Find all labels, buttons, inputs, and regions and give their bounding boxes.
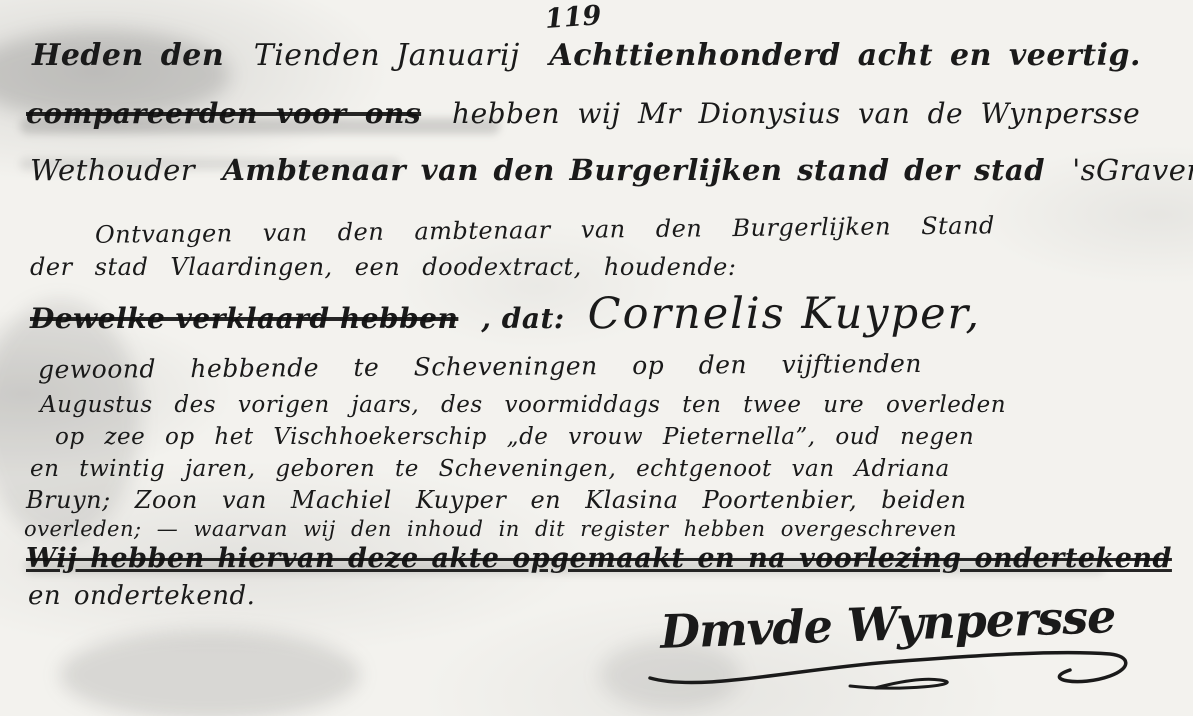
line-body-age-birth: en twintig jaren, geboren te Scheveninge…	[30, 456, 964, 482]
preprinted-dat: , dat:	[481, 302, 565, 335]
handwritten-text: op zee op het Vischhoekerschip „de vrouw…	[55, 424, 974, 450]
handwritten-text: der stad Vlaardingen, een doodextract, h…	[30, 253, 736, 281]
struck-closing-text: Wij hebben hiervan deze akte opgemaakt e…	[26, 543, 1172, 574]
line-body-death-date: Augustus des vorigen jaars, des voormidd…	[40, 392, 1020, 418]
line-received-extract-2: der stad Vlaardingen, een doodextract, h…	[30, 253, 750, 281]
line-received-extract-1: Ontvangen van den ambtenaar van den Burg…	[95, 211, 1009, 249]
preprinted-text: Heden den	[32, 38, 224, 73]
line-body-parents: Bruyn; Zoon van Machiel Kuyper en Klasin…	[26, 486, 981, 514]
struck-preprinted-text: Dewelke verklaard hebben	[30, 302, 458, 335]
line-struck-comparution: compareerden voor ons hebben wij Mr Dion…	[26, 97, 1154, 130]
handwritten-text: Bruyn; Zoon van Machiel Kuyper en Klasin…	[26, 486, 967, 514]
paper-smudge	[60, 630, 360, 716]
line-closing-signed: en ondertekend.	[28, 581, 269, 611]
line-body-death-place: op zee op het Vischhoekerschip „de vrouw…	[55, 424, 988, 450]
signature-flourish	[640, 640, 1140, 700]
preprinted-title: Ambtenaar van den Burgerlijken stand der…	[222, 153, 1045, 187]
line-registrar-title: Wethouder Ambtenaar van den Burgerlijken…	[30, 153, 1193, 187]
line-opening-date: Heden den Tienden Januarij Achttienhonde…	[32, 38, 1155, 73]
handwritten-city: 'sGravenhage:	[1072, 153, 1193, 187]
act-number: 119	[544, 0, 602, 35]
line-closing-struck: Wij hebben hiervan deze akte opgemaakt e…	[26, 543, 1186, 574]
line-body-transcribed: overleden; — waarvan wij den inhoud in d…	[24, 517, 971, 541]
preprinted-year: Achttienhonderd acht en veertig.	[549, 38, 1141, 73]
line-body-residence: gewoond hebbende te Scheveningen op den …	[38, 349, 936, 384]
deceased-name: Cornelis Kuyper,	[588, 289, 981, 339]
handwritten-date: Tienden Januarij	[254, 38, 520, 73]
handwritten-text: en ondertekend.	[28, 581, 255, 611]
handwritten-text: Ontvangen van den ambtenaar van den Burg…	[95, 211, 995, 248]
struck-preprinted-text: compareerden voor ons	[26, 97, 421, 130]
line-declaration-name: Dewelke verklaard hebben , dat: Cornelis…	[30, 289, 995, 339]
handwritten-registrar-name: hebben wij Mr Dionysius van de Wynpersse	[452, 97, 1140, 130]
handwritten-text: overleden; — waarvan wij den inhoud in d…	[24, 517, 957, 541]
handwritten-text: en twintig jaren, geboren te Scheveninge…	[30, 456, 950, 482]
handwritten-text: gewoond hebbende te Scheveningen op den …	[38, 349, 922, 384]
document-scan: 119 Heden den Tienden Januarij Achttienh…	[0, 0, 1193, 716]
handwritten-text: Augustus des vorigen jaars, des voormidd…	[40, 392, 1006, 418]
handwritten-title: Wethouder	[30, 153, 195, 187]
